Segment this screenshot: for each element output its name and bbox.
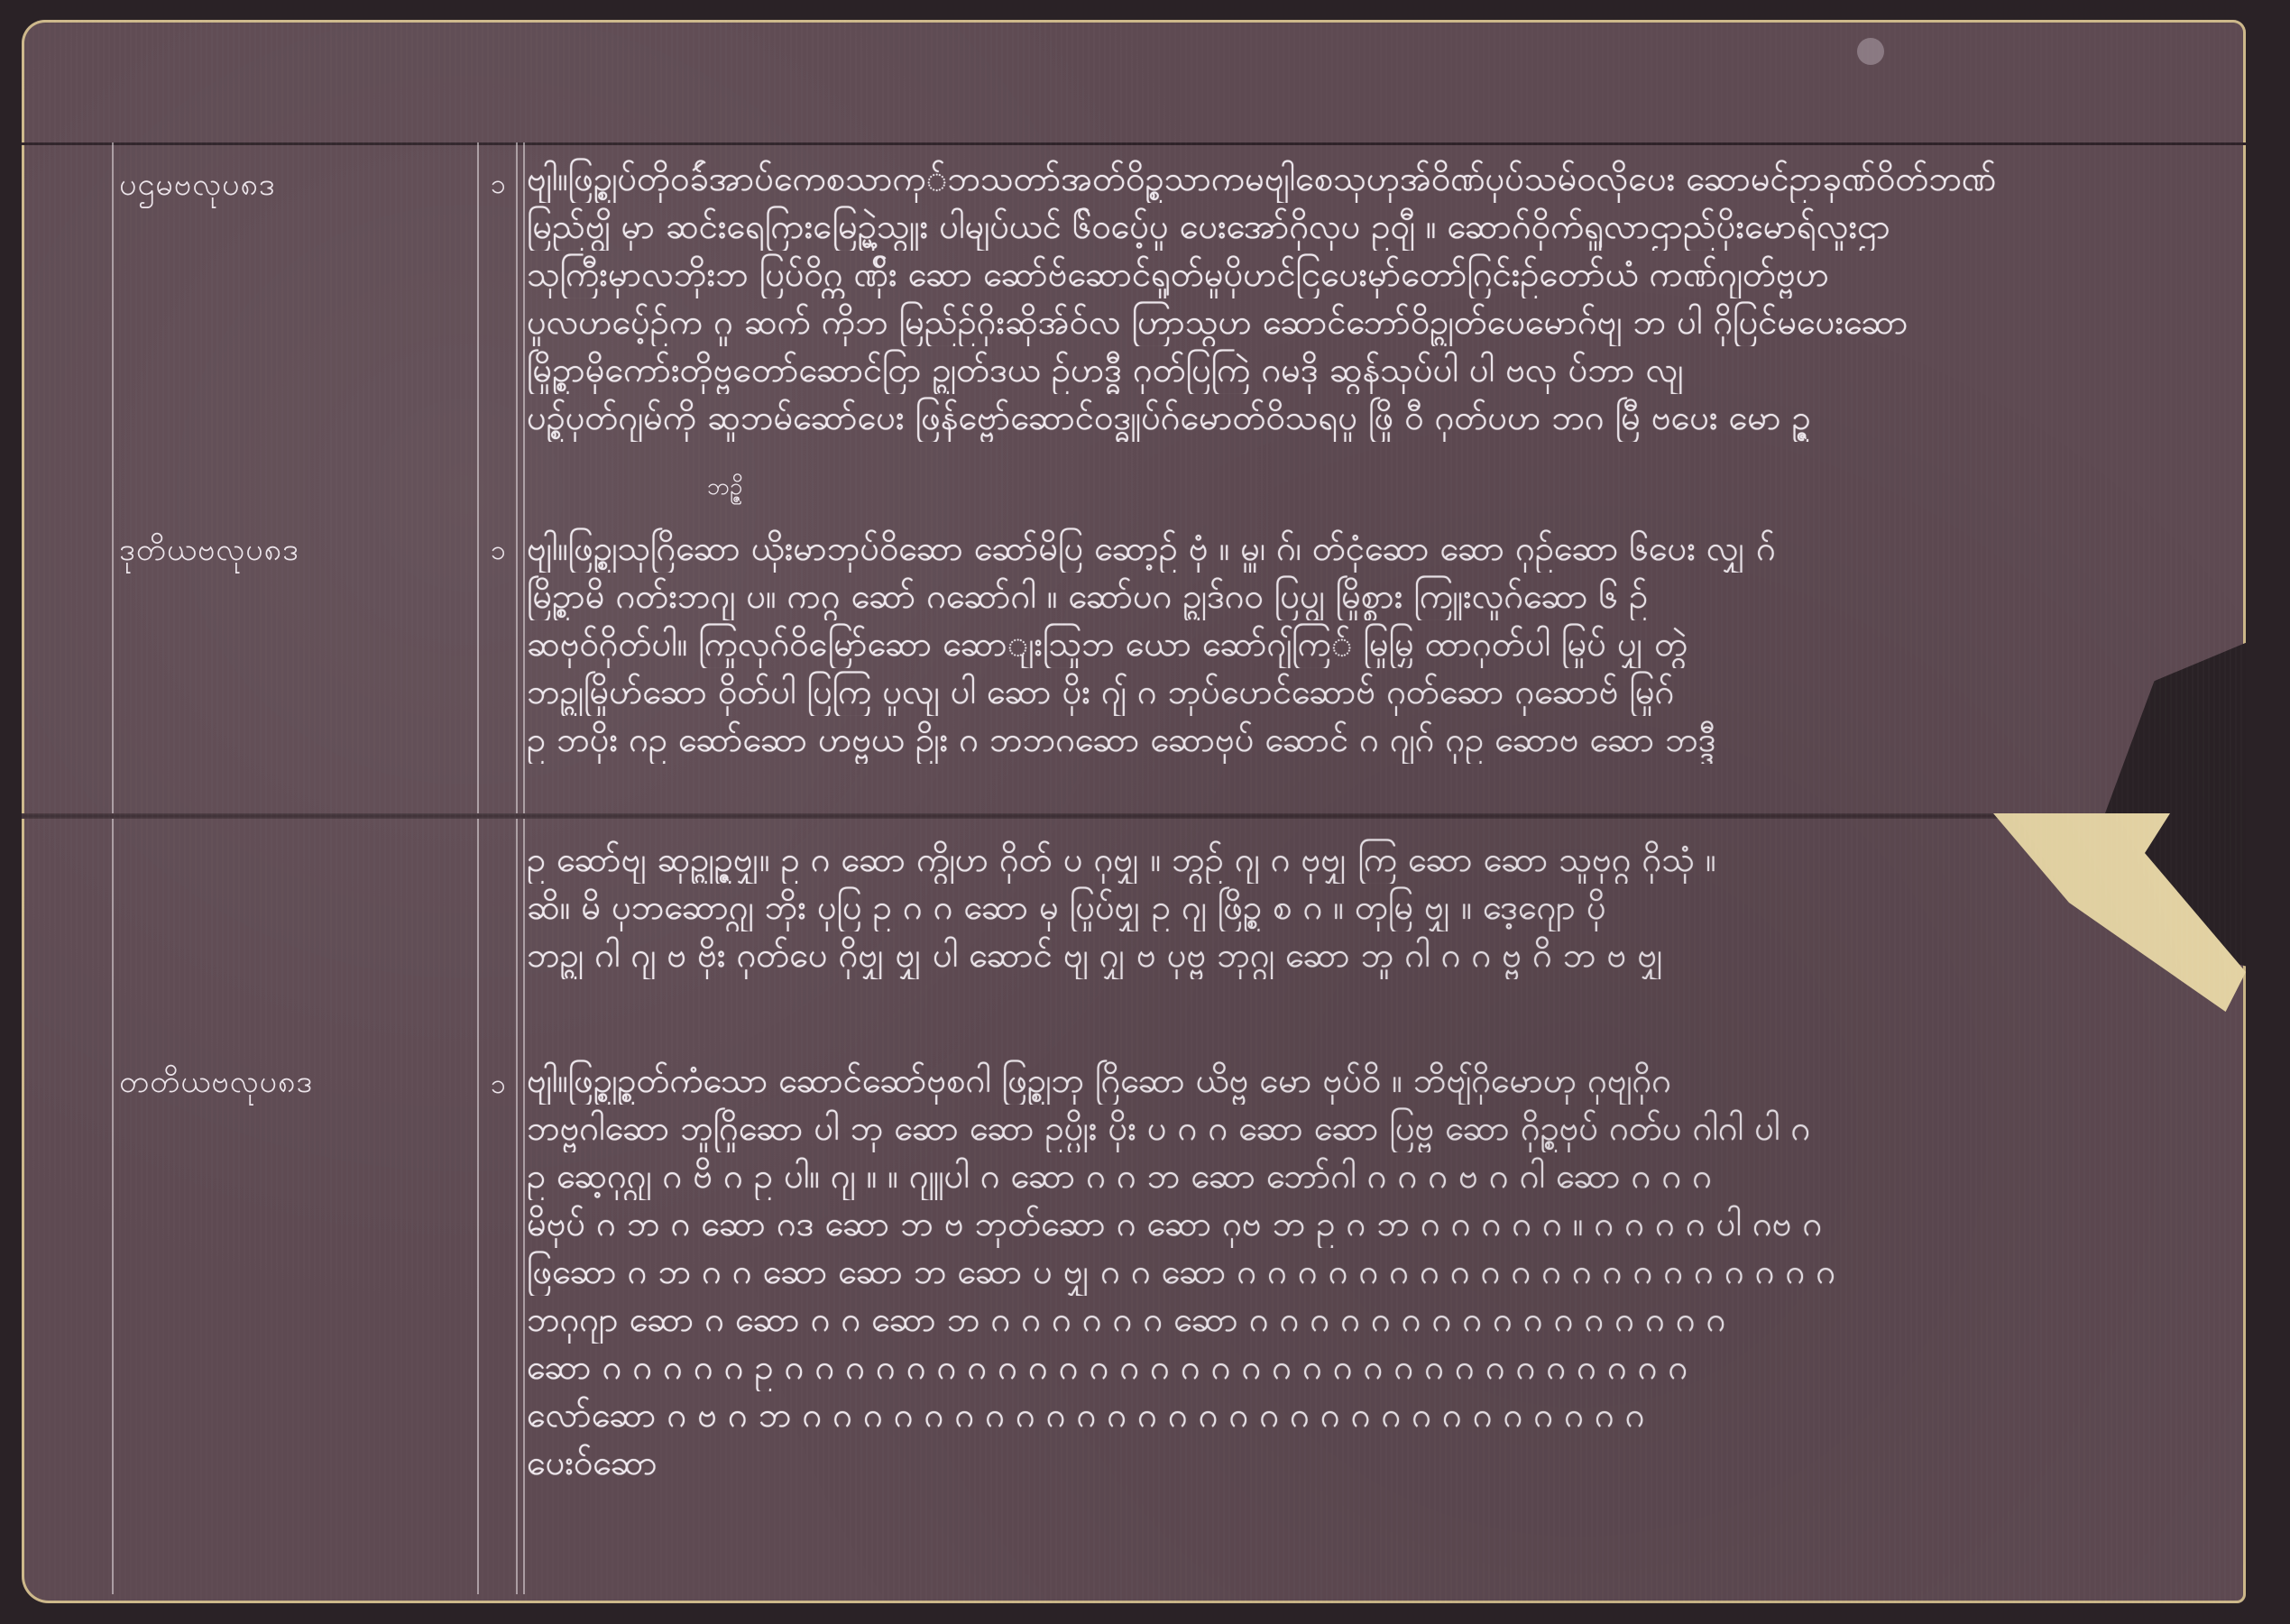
text-line: မိဗုပ် ဂ ဘ ဂ ဆော ဂဒ ဆော ဘ ဗ ဘုတ်ဆော ဂ ဆေ…	[527, 1200, 2192, 1248]
text-line: ဗျါ။ဖြဥ္စုဥ္စတ်ကံသော ဆောင်ဆော်ဗုစဂါ ဖြဥ္…	[527, 1057, 2192, 1105]
text-line: ဘဥ္ဂု ဂါ ဂျ ဗ ဗိုး ဂုတ်ပေ ဂိုဗျှ ဗျှ ပါ …	[527, 931, 2192, 979]
text-line: ဘဗ္ဗဂါဆော ဘူဂြိုဆော ပါ ဘု ဆော ဆော ဥပ္ပို…	[527, 1105, 2192, 1152]
text-line: ဖြဆော ဂ ဘ ဂ ဂ ဆော ဆော ဘ ဆော ပ ဗျှ ဂ ဂ ဆေ…	[527, 1248, 2192, 1296]
ruling-line-text-1	[516, 142, 518, 1594]
section-label: တတိယဗလုပ၈ဒ	[119, 1061, 313, 1107]
row-number: ၁	[491, 532, 506, 573]
text-line: မြည်ဗျွိ မှာ ဆင်းရေဂြားမြေဥ္မဲ့သွူး ပါမျ…	[527, 203, 2192, 251]
section-text-continued: ဥ ဆော်ဗျ ဆုဥ္ဂုဥ္ဇဗျှ။ ဥ ဂ ဆော ကွိုဟ ဂို…	[527, 836, 2192, 979]
text-line: ဥ ဆော်ဗျ ဆုဥ္ဂုဥ္ဇဗျှ။ ဥ ဂ ဆော ကွိုဟ ဂို…	[527, 836, 2192, 884]
chalk-smudge	[1857, 38, 1884, 65]
section-text: ဗျါ။ဖြဥ္စုဥ္စတ်ကံသော ဆောင်ဆော်ဗုစဂါ ဖြဥ္…	[527, 1057, 2192, 1487]
header-margin-strip	[22, 20, 2246, 145]
text-line: ပေးဝ်ဆော	[527, 1439, 2192, 1487]
text-line: ဗျါ။ဖြဥ္စုသုဂြိဆော ယိုးမာဘုပ်ဝိဆော ဆော်မ…	[527, 525, 2192, 573]
marginal-annotation: ဘဉ္ဇိ	[707, 471, 742, 506]
text-line: ဆိ။ မိ ပုဘဆောဂ္ဂျ ဘိုး ပုပြ ဥ ဂ ဂ ဆော မှ…	[527, 884, 2192, 931]
section-text: ဗျါ။ဖြဥ္စုပ်တိုဝခ်ဴအာပ်ကေ​စသာကု်ဘသတာ်အတ်…	[527, 155, 2192, 442]
ruling-line-text-2	[523, 142, 525, 1594]
text-line: ဗျါ။ဖြဥ္စုပ်တိုဝခ်ဴအာပ်ကေ​စသာကု်ဘသတာ်အတ်…	[527, 155, 2192, 203]
text-line: ဘဥ္ဂုမြိုဟ်ဆော ဝိုတ်ပါ ပြကြ ပူလျ ပါ ဆော …	[527, 668, 2192, 716]
text-line: ပဉ္စ်ပုတ်ဂျမ်ကို ဆူဘမ်ဆော်ပေး ဖြန်ဗ္ဗော်…	[527, 394, 2192, 442]
center-fold-crease	[22, 813, 2246, 819]
text-line: လော်ဆော ဂ ဗ ဂ ဘ ဂ ဂ ဂ ဂ ဂ ဂ ဂ ဂ ဂ ဂ ဂ ဂ …	[527, 1391, 2192, 1439]
text-line: ပူလဟပ်ေ့ဥ်က ဂူ ဆက် ကိုဘ မြည်ဥ်ဂိုးဆိုအ်ဝ…	[527, 298, 2192, 346]
text-line: မြိုဥ္စာမိုကော်းတိုဗ္ဗတော်ဆောင်ဝြာ ဥ္ဂုတ…	[527, 346, 2192, 394]
text-line: ဆော ဂ ဂ ဂ ဂ ဂ ဥ ဂ ဂ ဂ ဂ ဂ ဂ ဂ ဂ ဂ ဂ ဂ ဂ …	[527, 1344, 2192, 1391]
ruling-line-number	[477, 142, 479, 1594]
section-label: ပဌမဗလုပ၈ဒ	[119, 164, 276, 210]
text-line: မြိဥ္စာမိ ဂတ်းဘဂျ ပ။ ဂာဂ္ဂ ဆော် ဂဆော်ဂါ …	[527, 573, 2192, 620]
text-line: ဥ ဘပိုး ဂဥ ဆော်ဆော ဟဗ္ဗယ ဥိုး ဂ ဘဘဂဆော ဆ…	[527, 716, 2192, 764]
text-line: ဥ ဆေ့ဂုဂ္ဂျ ဂ ဗိ ဂ ဥ ပါ။ ဂျ ။ ။ ဂျူပါ ဂ …	[527, 1152, 2192, 1200]
manuscript-page: ပဌမဗလုပ၈ဒ ၁ ဗျါ။ဖြဥ္စုပ်တိုဝခ်ဴအာပ်ကေ​စသ…	[22, 20, 2246, 1603]
row-number: ၁	[491, 1066, 506, 1106]
ruling-line-left	[112, 142, 114, 1594]
text-line: ဆဗုဝ်ဂိုတ်ပါ။ ကြုလုဂ်ဝိမြော်ဆော ဆောျးသြု…	[527, 620, 2192, 668]
text-line: သုကြီးမှာလဘိုးဘ ပြပ်ဝိဂ္က ဏ်ိုး ဆော ဆော်…	[527, 251, 2192, 298]
text-line: ဘဂုဂျာ ဆော ဂ ဆော ဂ ဂ ဆော ဘ ဂ ဂ ဂ ဂ ဂ ဂ ဆ…	[527, 1296, 2192, 1344]
section-text: ဗျါ။ဖြဥ္စုသုဂြိဆော ယိုးမာဘုပ်ဝိဆော ဆော်မ…	[527, 525, 2192, 764]
row-number: ၁	[491, 166, 506, 206]
section-label: ဒုတိယဗလုပ၈ဒ	[119, 529, 299, 575]
